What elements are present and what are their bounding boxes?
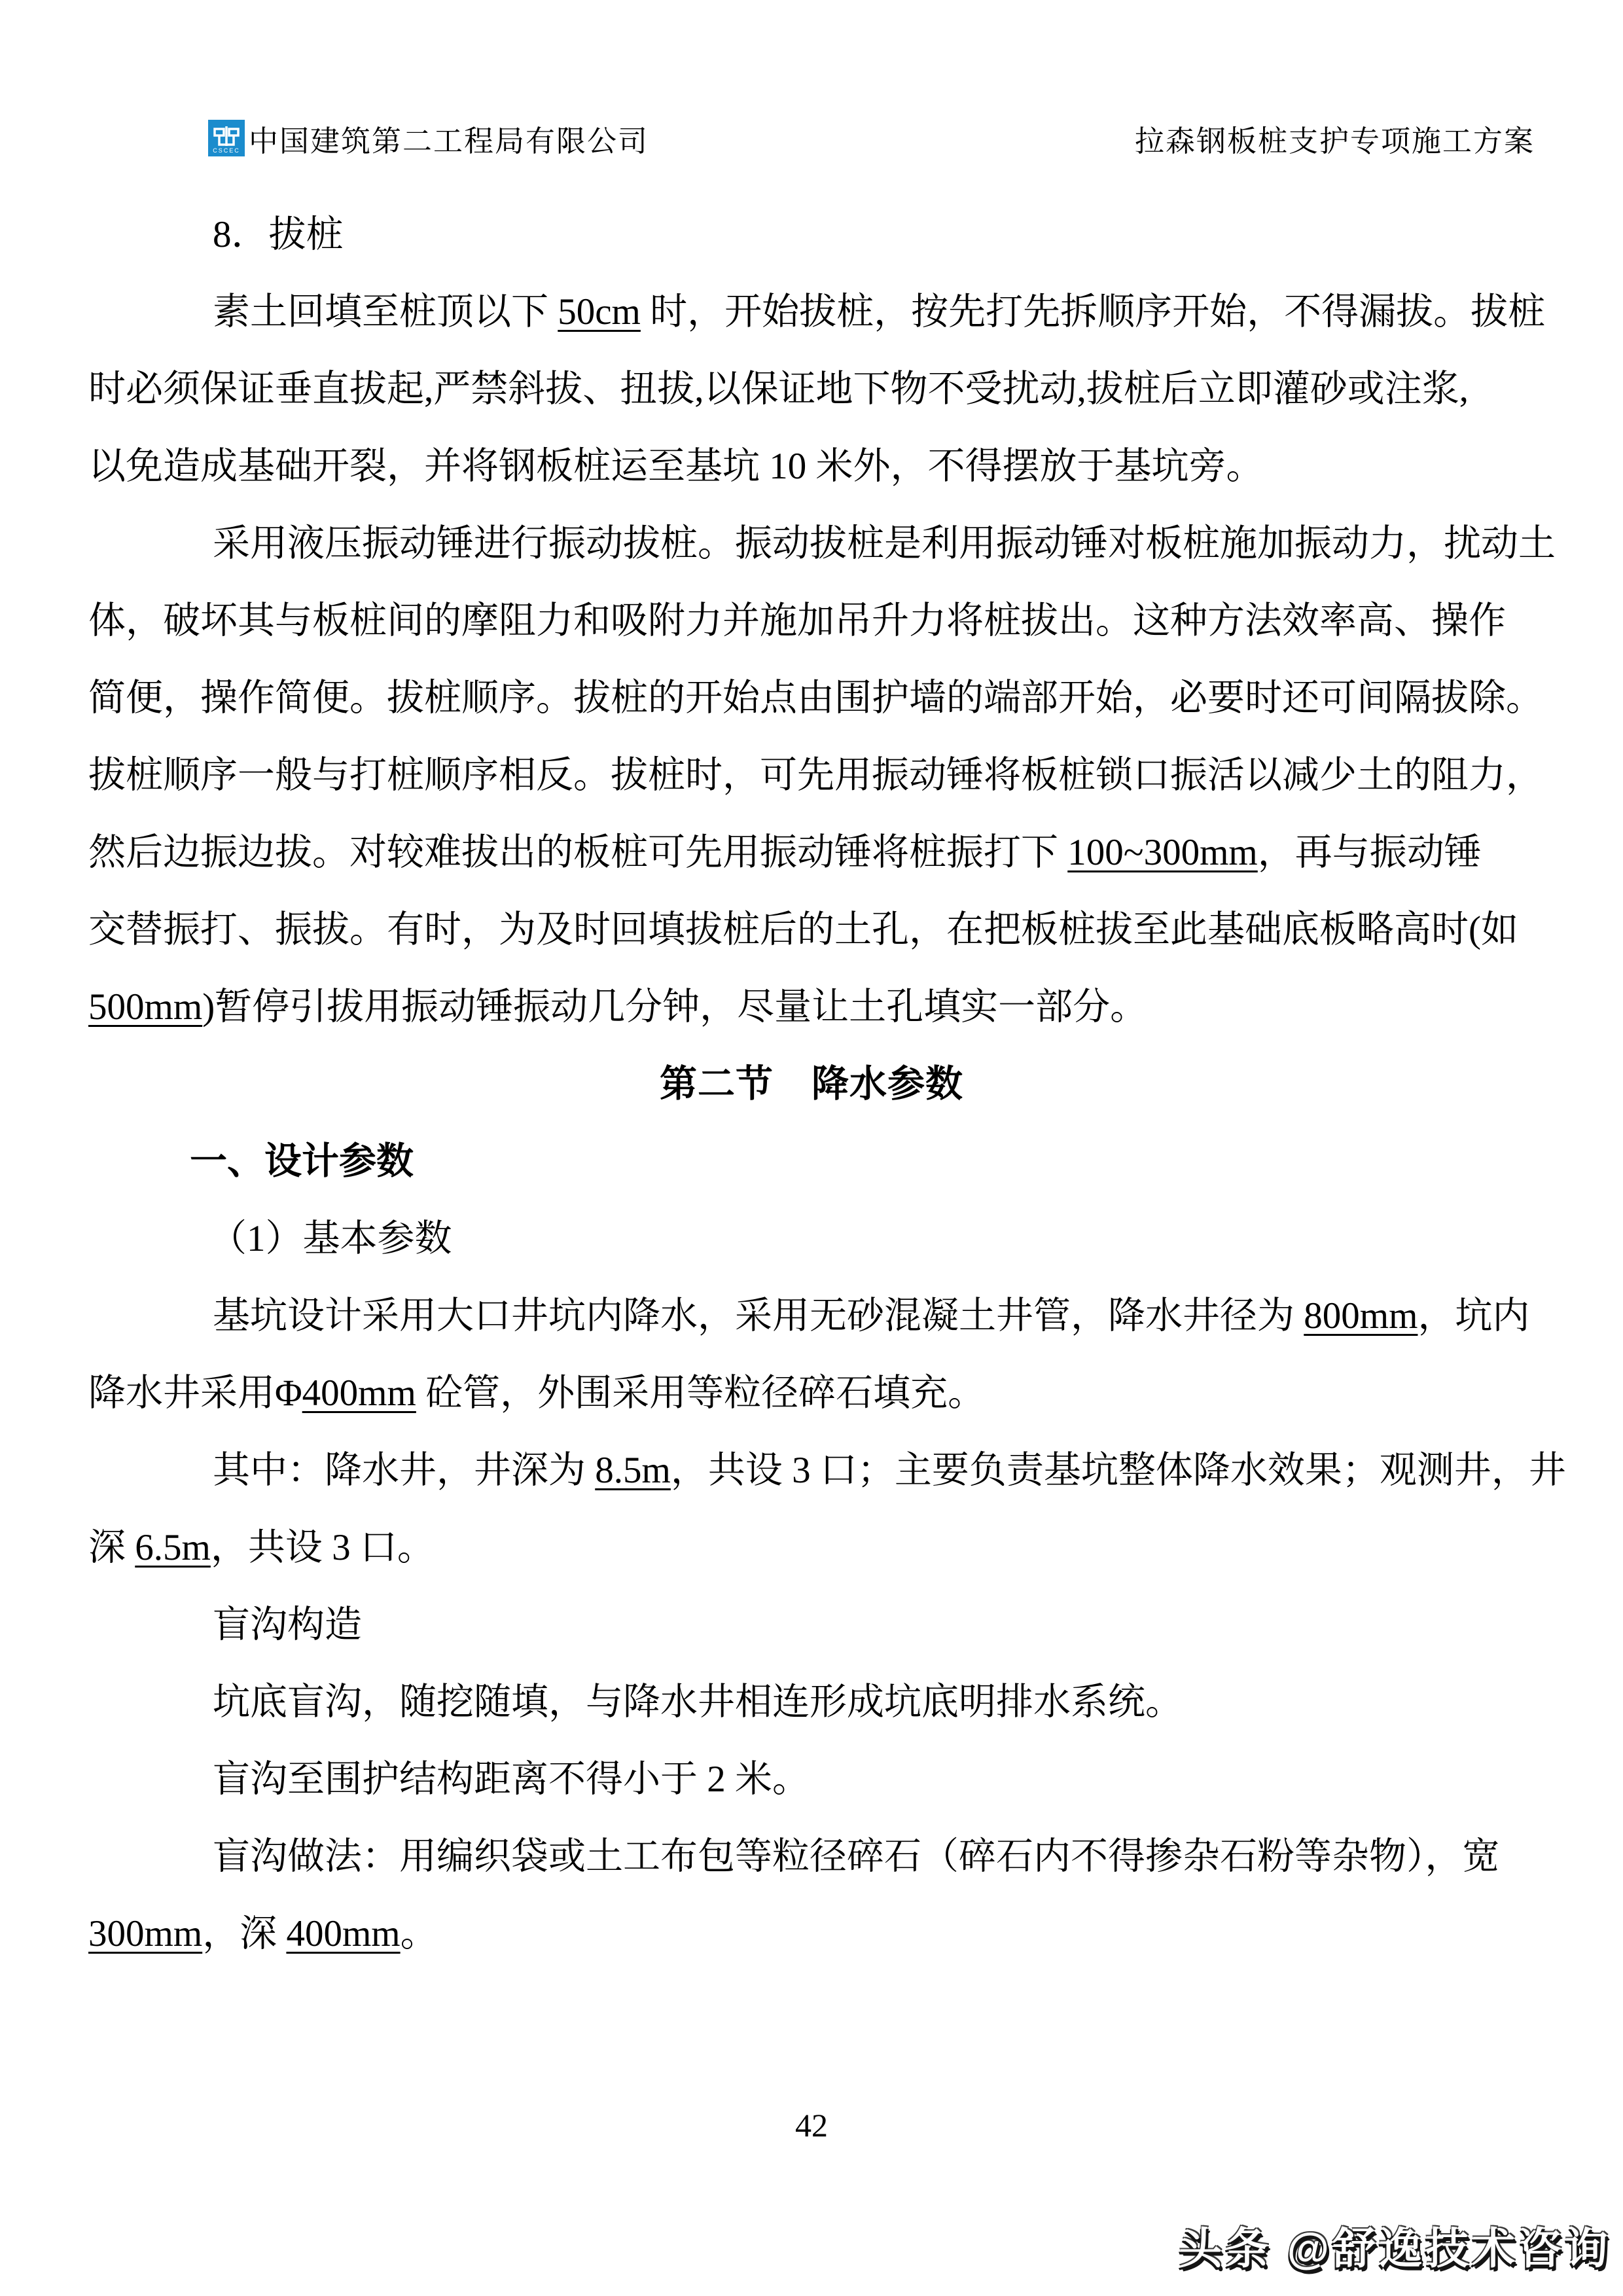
text-segment: 深 [88,1527,135,1568]
text-line: 降水井采用Φ400mm 砼管，外围采用等粒径碎石填充。 [88,1355,1535,1432]
underlined-value: 8.5m [595,1450,671,1491]
text-segment: ，共设 3 口；主要负责基坑整体降水效果；观测井，井 [671,1450,1566,1491]
header-company-group: CSCEC 中国建筑第二工程局有限公司 [208,117,649,160]
text-segment: 采用液压振动锤进行振动拔桩。振动拔桩是利用振动锤对板桩施加振动力，扰动土 [213,523,1556,564]
header-company-name: 中国建筑第二工程局有限公司 [249,117,649,160]
text-segment: ，深 [202,1913,286,1954]
text-segment: 。 [401,1913,438,1954]
text-segment: 第二节 降水参数 [660,1064,963,1105]
page-number: 42 [0,2106,1623,2144]
text-segment: )暂停引拔用振动锤振动几分钟，尽量让土孔填实一部分。 [202,986,1147,1028]
underlined-value: 300mm [88,1913,202,1954]
underlined-value: 100~300mm [1067,832,1258,873]
text-line: 体，破坏其与板桩间的摩阻力和吸附力并施加吊升力将桩拔出。这种方法效率高、操作 [88,583,1535,660]
text-line: 时必须保证垂直拔起,严禁斜拔、扭拔,以保证地下物不受扰动,拔桩后立即灌砂或注浆, [88,351,1535,428]
text-line: 盲沟至围护结构距离不得小于 2 米。 [88,1741,1535,1818]
text-segment: 拔桩顺序一般与打桩顺序相反。拔桩时，可先用振动锤将板桩锁口振活以减少土的阻力， [88,755,1543,796]
underlined-value: 50cm [558,291,641,332]
document-text-block: 8．拔桩素土回填至桩顶以下 50cm 时，开始拔桩，按先打先拆顺序开始，不得漏拔… [88,196,1535,1973]
text-segment: 时，开始拔桩，按先打先拆顺序开始，不得漏拔。拔桩 [641,291,1545,332]
text-line: 以免造成基础开裂，并将钢板桩运至基坑 10 米外，不得摆放于基坑旁。 [88,428,1535,505]
underlined-value: 400mm [286,1913,400,1954]
text-line: 拔桩顺序一般与打桩顺序相反。拔桩时，可先用振动锤将板桩锁口振活以减少土的阻力， [88,737,1535,814]
text-segment: 简便，操作简便。拔桩顺序。拔桩的开始点由围护墙的端部开始，必要时还可间隔拔除。 [88,677,1543,719]
text-segment: ，坑内 [1418,1295,1529,1336]
text-line: 其中：降水井，井深为 8.5m，共设 3 口；主要负责基坑整体降水效果；观测井，… [88,1432,1535,1509]
text-line: 8．拔桩 [88,196,1535,274]
cscec-logo-icon: CSCEC [208,120,245,156]
text-segment: ，再与振动锤 [1258,832,1482,873]
text-segment: 体，破坏其与板桩间的摩阻力和吸附力并施加吊升力将桩拔出。这种方法效率高、操作 [88,600,1506,641]
text-line: 盲沟做法：用编织袋或土工布包等粒径碎石（碎石内不得掺杂石粉等杂物），宽 [88,1818,1535,1895]
page-header: CSCEC 中国建筑第二工程局有限公司 拉森钢板桩支护专项施工方案 [208,118,1535,158]
text-line: 简便，操作简便。拔桩顺序。拔桩的开始点由围护墙的端部开始，必要时还可间隔拔除。 [88,660,1535,737]
text-segment: 时必须保证垂直拔起,严禁斜拔、扭拔,以保证地下物不受扰动,拔桩后立即灌砂或注浆, [88,368,1469,410]
text-line: （1）基本参数 [88,1200,1535,1278]
watermark-text: 头条 @舒逸技术咨询 [1179,2214,1611,2276]
text-segment: （1）基本参数 [209,1218,452,1259]
text-segment: 一、设计参数 [190,1141,414,1182]
text-segment: 素土回填至桩顶以下 [213,291,558,332]
text-line: 深 6.5m，共设 3 口。 [88,1509,1535,1587]
text-line: 300mm，深 400mm。 [88,1895,1535,1973]
underlined-value: 400mm [302,1372,416,1414]
text-line: 盲沟构造 [88,1587,1535,1664]
text-line: 基坑设计采用大口井坑内降水，采用无砂混凝土井管，降水井径为 800mm，坑内 [88,1278,1535,1355]
text-segment: 其中：降水井，井深为 [213,1450,595,1491]
text-segment: ，共设 3 口。 [211,1527,435,1568]
text-line: 第二节 降水参数 [88,1046,1535,1123]
underlined-value: 800mm [1304,1295,1418,1336]
text-line: 500mm)暂停引拔用振动锤振动几分钟，尽量让土孔填实一部分。 [88,969,1535,1046]
text-segment: 然后边振边拔。对较难拔出的板桩可先用振动锤将桩振打下 [88,832,1067,873]
text-segment: 盲沟做法：用编织袋或土工布包等粒径碎石（碎石内不得掺杂石粉等杂物），宽 [213,1836,1500,1877]
document-page: CSCEC 中国建筑第二工程局有限公司 拉森钢板桩支护专项施工方案 8．拔桩素土… [0,0,1623,2296]
text-line: 采用液压振动锤进行振动拔桩。振动拔桩是利用振动锤对板桩施加振动力，扰动土 [88,505,1535,583]
header-doc-title: 拉森钢板桩支护专项施工方案 [1135,117,1535,160]
text-segment: 8．拔桩 [213,214,344,255]
text-line: 然后边振边拔。对较难拔出的板桩可先用振动锤将桩振打下 100~300mm，再与振… [88,814,1535,891]
text-line: 一、设计参数 [88,1123,1535,1200]
text-line: 素土回填至桩顶以下 50cm 时，开始拔桩，按先打先拆顺序开始，不得漏拔。拔桩 [88,274,1535,351]
text-segment: 以免造成基础开裂，并将钢板桩运至基坑 10 米外，不得摆放于基坑旁。 [88,446,1264,487]
text-segment: 降水井采用Φ [88,1372,302,1414]
text-segment: 盲沟至围护结构距离不得小于 2 米。 [213,1759,810,1800]
text-line: 交替振打、振拔。有时，为及时回填拔桩后的土孔，在把板桩拔至此基础底板略高时(如 [88,891,1535,969]
text-segment: 坑底盲沟，随挖随填，与降水井相连形成坑底明排水系统。 [213,1681,1183,1723]
text-segment: 基坑设计采用大口井坑内降水，采用无砂混凝土井管，降水井径为 [213,1295,1304,1336]
text-line: 坑底盲沟，随挖随填，与降水井相连形成坑底明排水系统。 [88,1664,1535,1741]
underlined-value: 6.5m [135,1527,211,1568]
text-segment: 盲沟构造 [213,1604,362,1645]
logo-letters: CSCEC [213,147,240,154]
text-segment: 砼管，外围采用等粒径碎石填充。 [416,1372,985,1414]
underlined-value: 500mm [88,986,202,1028]
text-segment: 交替振打、振拔。有时，为及时回填拔桩后的土孔，在把板桩拔至此基础底板略高时(如 [88,909,1518,950]
